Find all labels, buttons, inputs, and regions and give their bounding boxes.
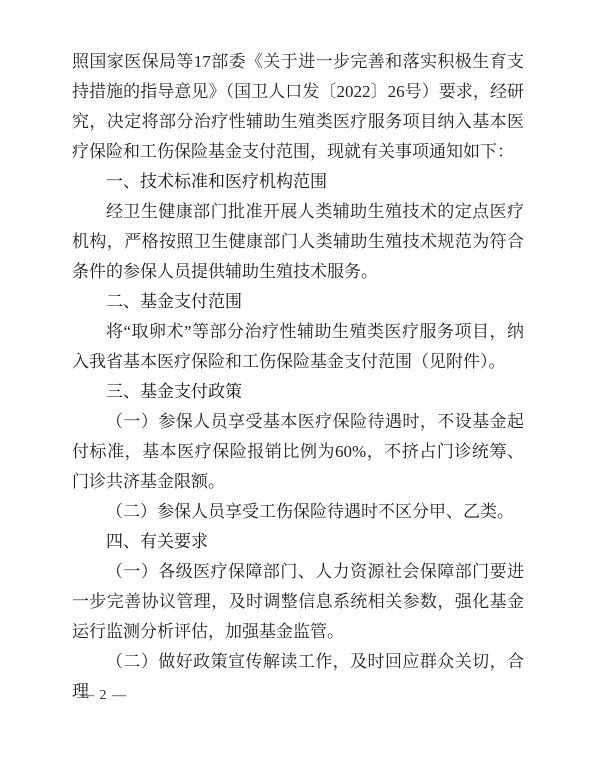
paragraph-section-1: 经卫生健康部门批准开展人类辅助生殖技术的定点医疗机构，严格按照卫生健康部门人类辅… <box>72 197 524 287</box>
section-heading-1: 一、技术标准和医疗机构范围 <box>72 167 524 197</box>
document-body: 照国家医保局等17部委《关于进一步完善和落实积极生育支持措施的指导意见》（国卫人… <box>72 47 524 707</box>
paragraph-section-4-item-1: （一）各级医疗保障部门、人力资源社会保障部门要进一步完善协议管理，及时调整信息系… <box>72 557 524 647</box>
document-page: 照国家医保局等17部委《关于进一步完善和落实积极生育支持措施的指导意见》（国卫人… <box>0 0 591 774</box>
page-number: — 2 — <box>80 688 127 704</box>
section-heading-2: 二、基金支付范围 <box>72 287 524 317</box>
paragraph-section-3-item-2: （二）参保人员享受工伤保险待遇时不区分甲、乙类。 <box>72 497 524 527</box>
paragraph-intro-continued: 照国家医保局等17部委《关于进一步完善和落实积极生育支持措施的指导意见》（国卫人… <box>72 47 524 167</box>
section-heading-4: 四、有关要求 <box>72 527 524 557</box>
paragraph-section-3-item-1: （一）参保人员享受基本医疗保险待遇时，不设基金起付标准，基本医疗保险报销比例为6… <box>72 407 524 497</box>
paragraph-section-4-item-2: （二）做好政策宣传解读工作，及时回应群众关切，合理 <box>72 647 524 707</box>
section-heading-3: 三、基金支付政策 <box>72 377 524 407</box>
paragraph-section-2: 将“取卵术”等部分治疗性辅助生殖类医疗服务项目，纳入我省基本医疗保险和工伤保险基… <box>72 317 524 377</box>
